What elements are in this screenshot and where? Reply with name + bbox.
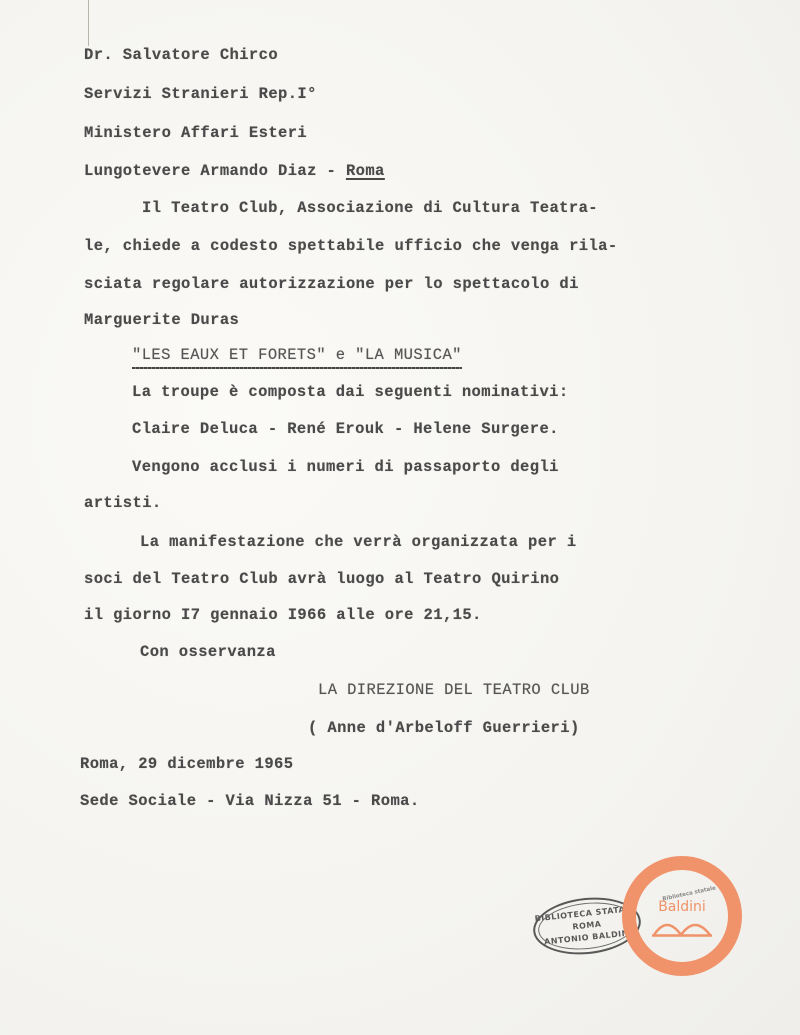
body-paragraph-4-line-2: soci del Teatro Club avrà luogo al Teatr… — [84, 570, 559, 588]
open-book-icon — [651, 917, 713, 937]
show-titles: "LES EAUX ET FORETS" e "LA MUSICA" — [132, 346, 462, 364]
recipient-office: Servizi Stranieri Rep.I° — [84, 85, 317, 103]
body-paragraph-3-line-1: Vengono acclusi i numeri di passaporto d… — [132, 458, 559, 476]
document-page: Dr. Salvatore Chirco Servizi Stranieri R… — [0, 0, 800, 1035]
body-troupe-intro: La troupe è composta dai seguenti nomina… — [132, 383, 569, 401]
body-paragraph-1-line-4: Marguerite Duras — [84, 311, 239, 329]
show-titles-text: "LES EAUX ET FORETS" e "LA MUSICA" — [132, 346, 462, 364]
page-fold-line — [88, 0, 89, 46]
closing-salutation: Con osservanza — [140, 643, 276, 661]
body-paragraph-1-line-3: sciata regolare autorizzazione per lo sp… — [84, 275, 579, 293]
letter-date: Roma, 29 dicembre 1965 — [80, 755, 293, 773]
body-paragraph-3-line-2: artisti. — [84, 494, 162, 512]
body-cast-list: Claire Deluca - René Erouk - Helene Surg… — [132, 420, 559, 438]
recipient-city: Roma — [346, 162, 385, 180]
show-titles-underline — [132, 367, 462, 369]
body-paragraph-1-line-1: Il Teatro Club, Associazione di Cultura … — [142, 199, 598, 217]
signature-organization: LA DIREZIONE DEL TEATRO CLUB — [318, 681, 590, 699]
recipient-ministry: Ministero Affari Esteri — [84, 124, 307, 142]
body-paragraph-4-line-1: La manifestazione che verrà organizzata … — [140, 533, 577, 551]
recipient-street: Lungotevere Armando Diaz - — [84, 162, 346, 180]
body-paragraph-1-line-2: le, chiede a codesto spettabile ufficio … — [84, 237, 618, 255]
signature-name: ( Anne d'Arbeloff Guerrieri) — [308, 719, 580, 737]
recipient-address: Lungotevere Armando Diaz - Roma — [84, 162, 385, 180]
recipient-name: Dr. Salvatore Chirco — [84, 46, 278, 64]
sender-address: Sede Sociale - Via Nizza 51 - Roma. — [80, 792, 420, 810]
body-paragraph-4-line-3: il giorno I7 gennaio I966 alle ore 21,15… — [84, 606, 482, 624]
baldini-library-logo: Biblioteca statale Baldini — [622, 856, 742, 976]
